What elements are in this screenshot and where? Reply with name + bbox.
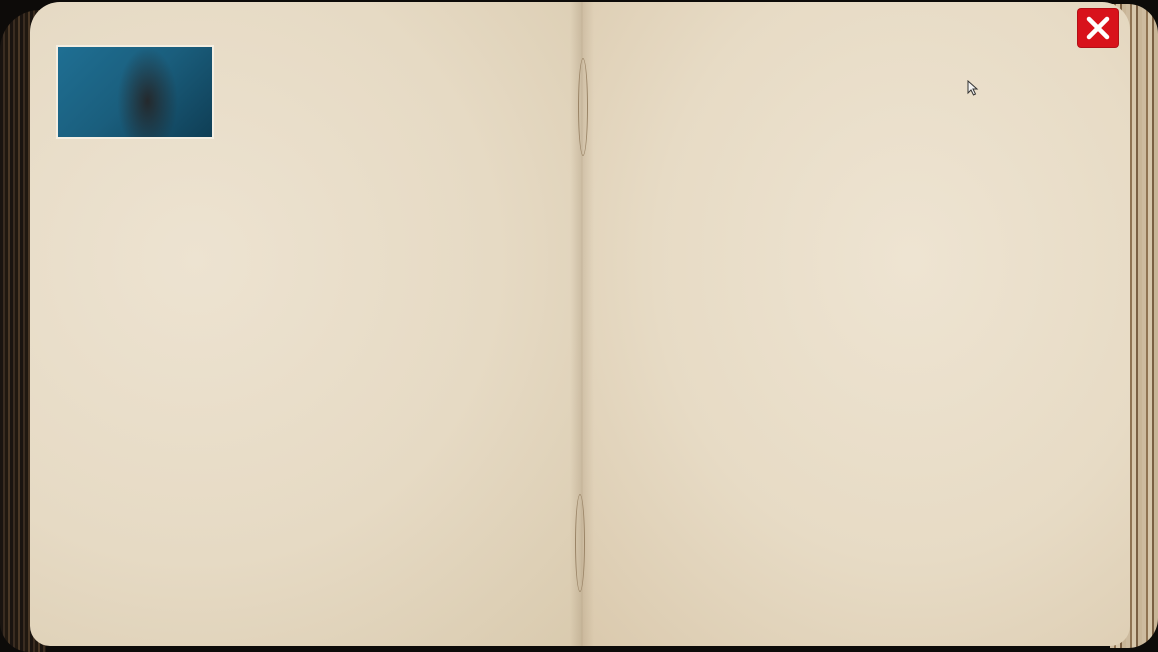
mouse-cursor-icon <box>967 80 979 96</box>
journal-book <box>0 0 1158 652</box>
close-button[interactable] <box>1078 9 1118 47</box>
image-thumbnail-icon <box>117 47 179 137</box>
close-icon <box>1083 13 1113 43</box>
gallery-thumbnail[interactable] <box>56 45 214 139</box>
right-page <box>582 2 1130 646</box>
binding-stitch-top <box>578 58 588 156</box>
binding-stitch-bottom <box>575 494 585 592</box>
